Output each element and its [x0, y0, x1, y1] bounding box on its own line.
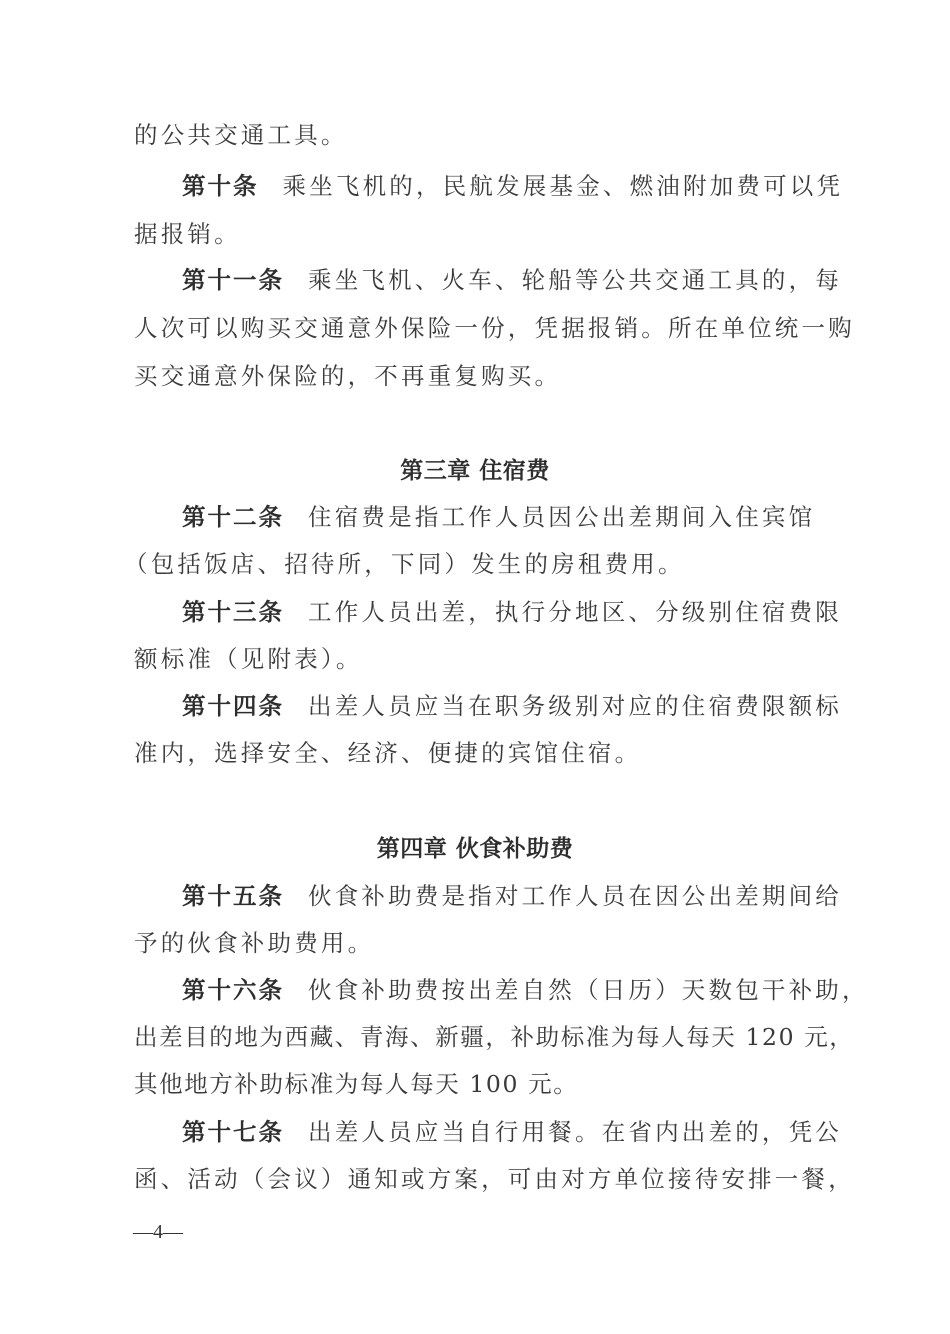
- text-line: 函、活动（会议）通知或方案，可由对方单位接待安排一餐，: [134, 1163, 824, 1195]
- article-label: 第十二条: [182, 503, 284, 531]
- text-line: 出差目的地为西藏、青海、新疆，补助标准为每人每天 120 元，: [134, 1021, 824, 1053]
- article-text: 伙食补助费按出差自然（日历）天数包干补助，: [308, 976, 869, 1004]
- article-text: 出差人员应当自行用餐。在省内出差的，凭公: [308, 1118, 842, 1146]
- article-11: 第十一条乘坐飞机、火车、轮船等公共交通工具的，每: [182, 264, 872, 296]
- article-12: 第十二条住宿费是指工作人员因公出差期间入住宾馆: [182, 501, 872, 533]
- text-line: 人次可以购买交通意外保险一份，凭据报销。所在单位统一购: [134, 312, 824, 344]
- article-label: 第十一条: [182, 266, 284, 294]
- article-15: 第十五条伙食补助费是指对工作人员在因公出差期间给: [182, 880, 872, 912]
- chapter-4-title: 第四章 伙食补助费: [0, 833, 950, 865]
- article-text: 乘坐飞机的，民航发展基金、燃油附加费可以凭: [283, 172, 844, 200]
- text-line: 据报销。: [134, 218, 824, 250]
- article-10: 第十条乘坐飞机的，民航发展基金、燃油附加费可以凭: [182, 170, 872, 202]
- text-line: 予的伙食补助费用。: [134, 927, 824, 959]
- article-label: 第十五条: [182, 882, 284, 910]
- article-label: 第十六条: [182, 976, 284, 1004]
- article-text: 乘坐飞机、火车、轮船等公共交通工具的，每: [308, 266, 842, 294]
- text-line: 额标准（见附表）。: [134, 643, 824, 675]
- text-line: （包括饭店、招待所，下同）发生的房租费用。: [124, 548, 814, 580]
- text-line: 的公共交通工具。: [134, 119, 824, 151]
- article-16: 第十六条伙食补助费按出差自然（日历）天数包干补助，: [182, 974, 872, 1006]
- article-text: 工作人员出差，执行分地区、分级别住宿费限: [308, 598, 842, 626]
- article-text: 伙食补助费是指对工作人员在因公出差期间给: [308, 882, 842, 910]
- article-label: 第十条: [182, 172, 259, 200]
- article-14: 第十四条出差人员应当在职务级别对应的住宿费限额标: [182, 690, 872, 722]
- article-label: 第十七条: [182, 1118, 284, 1146]
- article-text: 住宿费是指工作人员因公出差期间入住宾馆: [308, 503, 815, 531]
- text-line: 准内，选择安全、经济、便捷的宾馆住宿。: [134, 737, 824, 769]
- article-label: 第十三条: [182, 598, 284, 626]
- article-text: 出差人员应当在职务级别对应的住宿费限额标: [308, 692, 842, 720]
- page-number: —4—: [133, 1221, 183, 1244]
- article-13: 第十三条工作人员出差，执行分地区、分级别住宿费限: [182, 596, 872, 628]
- text-line: 买交通意外保险的，不再重复购买。: [134, 360, 824, 392]
- chapter-3-title: 第三章 住宿费: [0, 455, 950, 487]
- article-label: 第十四条: [182, 692, 284, 720]
- article-17: 第十七条出差人员应当自行用餐。在省内出差的，凭公: [182, 1116, 872, 1148]
- text-line: 其他地方补助标准为每人每天 100 元。: [134, 1068, 824, 1100]
